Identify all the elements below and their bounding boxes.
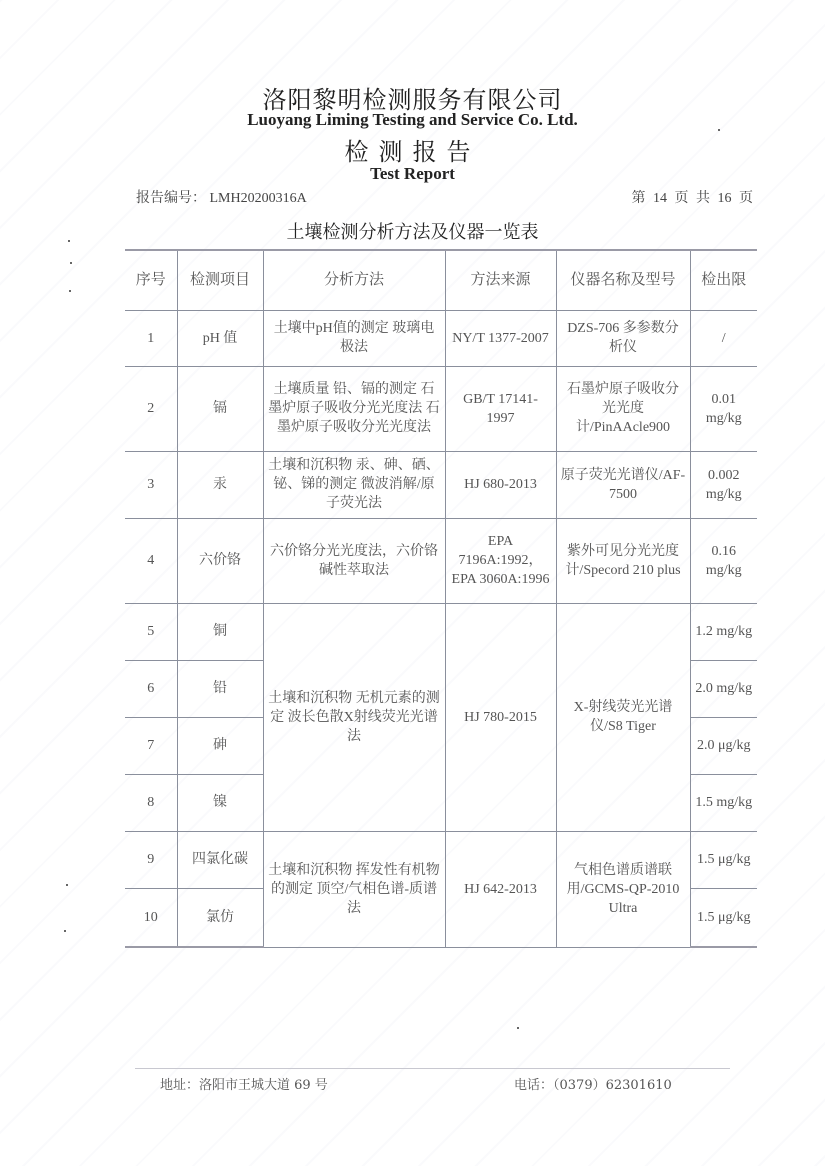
cell-item: 铅 <box>177 660 263 717</box>
cell-limit: 1.5 μg/kg <box>690 888 757 947</box>
report-number-label: 报告编号： <box>136 191 206 206</box>
cell-item: 镍 <box>177 774 263 831</box>
col-header-instrument: 仪器名称及型号 <box>556 250 690 310</box>
cell-item: 汞 <box>177 451 263 518</box>
table-row: 9 四氯化碳 土壤和沉积物 挥发性有机物的测定 顶空/气相色谱-质谱法 HJ 6… <box>125 831 757 888</box>
cell-item: pH 值 <box>177 310 263 366</box>
footer-address: 地址：洛阳市王城大道 69 号 <box>160 1074 328 1093</box>
cell-item: 四氯化碳 <box>177 831 263 888</box>
report-number-value: LMH20200316A <box>210 191 307 206</box>
report-title-en: Test Report <box>0 164 825 184</box>
cell-method: 土壤中pH值的测定 玻璃电极法 <box>263 310 445 366</box>
cell-no: 4 <box>125 518 177 603</box>
cell-source: EPA 7196A:1992，EPA 3060A:1996 <box>445 518 556 603</box>
cell-instrument-merged: X-射线荧光光谱仪/S8 Tiger <box>556 603 690 831</box>
cell-instrument: 原子荧光光谱仪/AF-7500 <box>556 451 690 518</box>
cell-limit: 0.16 mg/kg <box>690 518 757 603</box>
cell-source: GB/T 17141-1997 <box>445 366 556 451</box>
cell-item: 镉 <box>177 366 263 451</box>
scan-speck <box>64 930 66 932</box>
cell-limit: 2.0 μg/kg <box>690 717 757 774</box>
cell-source-merged: HJ 642-2013 <box>445 831 556 947</box>
col-header-no: 序号 <box>125 250 177 310</box>
cell-item: 氯仿 <box>177 888 263 947</box>
col-header-source: 方法来源 <box>445 250 556 310</box>
page-indicator: 第 14 页 共 16 页 <box>632 187 754 207</box>
cell-method: 六价铬分光光度法，六价铬碱性萃取法 <box>263 518 445 603</box>
cell-limit: 0.002 mg/kg <box>690 451 757 518</box>
cell-no: 7 <box>125 717 177 774</box>
table-row: 5 铜 土壤和沉积物 无机元素的测定 波长色散X射线荧光光谱法 HJ 780-2… <box>125 603 757 660</box>
table-row: 3 汞 土壤和沉积物 汞、砷、硒、铋、锑的测定 微波消解/原子荧光法 HJ 68… <box>125 451 757 518</box>
table-header-row: 序号 检测项目 分析方法 方法来源 仪器名称及型号 检出限 <box>125 250 757 310</box>
cell-limit: / <box>690 310 757 366</box>
cell-instrument-merged: 气相色谱质谱联用/GCMS-QP-2010 Ultra <box>556 831 690 947</box>
cell-limit: 1.5 μg/kg <box>690 831 757 888</box>
scan-speck <box>517 1027 519 1029</box>
cell-no: 1 <box>125 310 177 366</box>
cell-item: 砷 <box>177 717 263 774</box>
cell-no: 8 <box>125 774 177 831</box>
cell-instrument: 紫外可见分光光度计/Specord 210 plus <box>556 518 690 603</box>
cell-source: NY/T 1377-2007 <box>445 310 556 366</box>
table-title: 土壤检测分析方法及仪器一览表 <box>0 218 825 244</box>
cell-no: 3 <box>125 451 177 518</box>
report-number: 报告编号： LMH20200316A <box>136 187 307 207</box>
cell-instrument: DZS-706 多参数分析仪 <box>556 310 690 366</box>
cell-source: HJ 680-2013 <box>445 451 556 518</box>
cell-limit: 1.2 mg/kg <box>690 603 757 660</box>
cell-limit: 2.0 mg/kg <box>690 660 757 717</box>
cell-method-merged: 土壤和沉积物 挥发性有机物的测定 顶空/气相色谱-质谱法 <box>263 831 445 947</box>
cell-method: 土壤和沉积物 汞、砷、硒、铋、锑的测定 微波消解/原子荧光法 <box>263 451 445 518</box>
footer-phone: 电话：（0379）62301610 <box>514 1074 672 1093</box>
cell-source-merged: HJ 780-2015 <box>445 603 556 831</box>
cell-no: 10 <box>125 888 177 947</box>
col-header-item: 检测项目 <box>177 250 263 310</box>
footer-divider <box>135 1068 730 1069</box>
cell-method-merged: 土壤和沉积物 无机元素的测定 波长色散X射线荧光光谱法 <box>263 603 445 831</box>
table-row: 1 pH 值 土壤中pH值的测定 玻璃电极法 NY/T 1377-2007 DZ… <box>125 310 757 366</box>
scan-speck <box>66 884 68 886</box>
cell-limit: 1.5 mg/kg <box>690 774 757 831</box>
table-row: 2 镉 土壤质量 铅、镉的测定 石墨炉原子吸收分光光度法 石墨炉原子吸收分光光度… <box>125 366 757 451</box>
scan-speck <box>69 290 71 292</box>
methods-table: 序号 检测项目 分析方法 方法来源 仪器名称及型号 检出限 1 pH 值 土壤中… <box>125 249 757 948</box>
company-name-en: Luoyang Liming Testing and Service Co. L… <box>0 110 825 130</box>
cell-no: 6 <box>125 660 177 717</box>
cell-no: 9 <box>125 831 177 888</box>
cell-limit: 0.01 mg/kg <box>690 366 757 451</box>
scan-speck <box>718 129 720 131</box>
cell-no: 2 <box>125 366 177 451</box>
cell-item: 铜 <box>177 603 263 660</box>
scan-speck <box>68 240 70 242</box>
cell-item: 六价铬 <box>177 518 263 603</box>
scan-speck <box>70 262 72 264</box>
col-header-method: 分析方法 <box>263 250 445 310</box>
col-header-limit: 检出限 <box>690 250 757 310</box>
table-row: 4 六价铬 六价铬分光光度法，六价铬碱性萃取法 EPA 7196A:1992，E… <box>125 518 757 603</box>
cell-method: 土壤质量 铅、镉的测定 石墨炉原子吸收分光光度法 石墨炉原子吸收分光光度法 <box>263 366 445 451</box>
cell-instrument: 石墨炉原子吸收分光光度计/PinAAcle900 <box>556 366 690 451</box>
cell-no: 5 <box>125 603 177 660</box>
report-page: 洛阳黎明检测服务有限公司 Luoyang Liming Testing and … <box>0 0 825 1166</box>
report-title-cn: 检测报告 <box>0 132 825 167</box>
